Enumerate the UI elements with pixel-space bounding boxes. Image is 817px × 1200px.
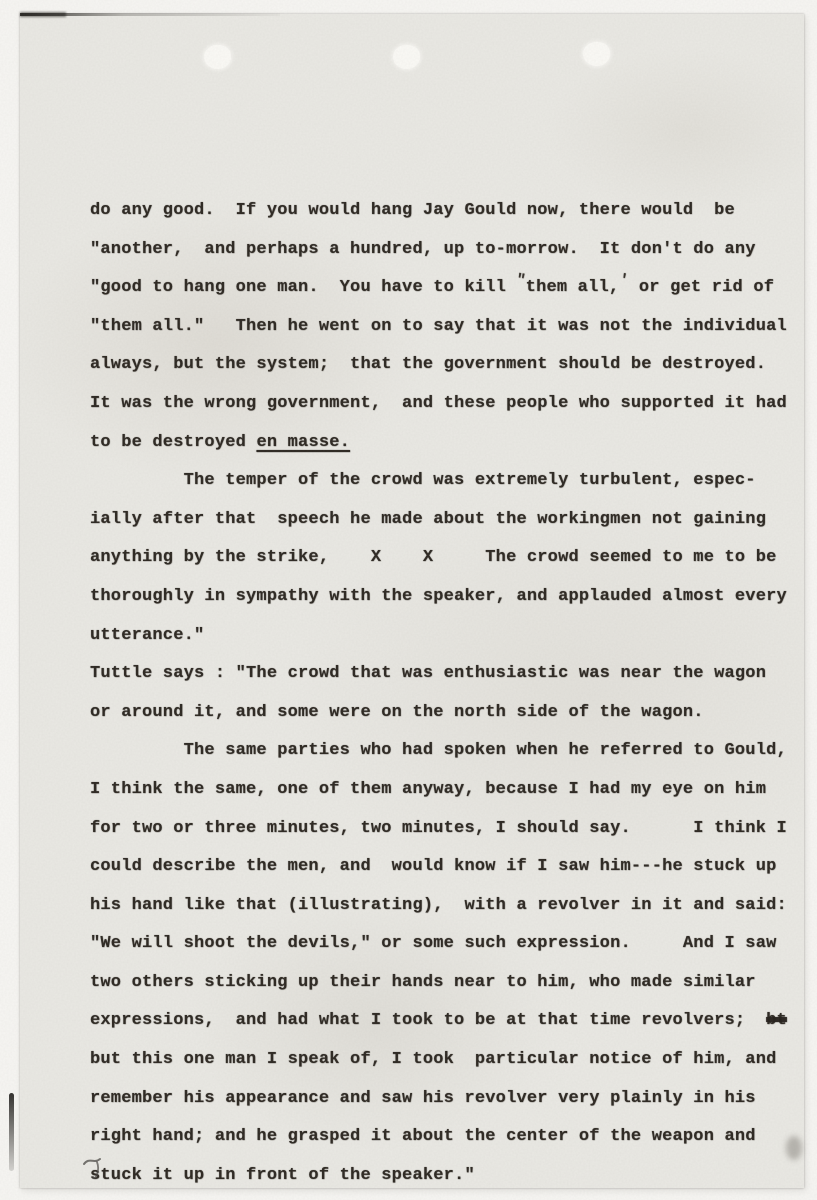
text-line: his hand like that (illustrating), with … xyxy=(90,887,787,926)
text-segment: or get rid of xyxy=(629,278,775,297)
text-segment: "another, and perhaps a hundred, up to-m… xyxy=(90,240,756,259)
bottom-right-smudge xyxy=(786,1136,802,1160)
text-line: The same parties who had spoken when he … xyxy=(90,732,787,771)
text-segment: for two or three minutes, two minutes, I… xyxy=(90,819,787,838)
text-line: or around it, and some were on the north… xyxy=(90,694,787,733)
pencil-mark xyxy=(80,1148,124,1192)
punch-hole xyxy=(583,42,610,66)
text-line: thoroughly in sympathy with the speaker,… xyxy=(90,578,787,617)
text-segment: right hand; and he grasped it about the … xyxy=(90,1127,756,1146)
text-segment: anything by the strike, X X The crowd se… xyxy=(90,548,777,567)
strike-text: bt xyxy=(766,1011,787,1030)
text-segment: two others sticking up their hands near … xyxy=(90,973,756,992)
text-segment: Tuttle says : "The crowd that was enthus… xyxy=(90,664,766,683)
text-line: "good to hang one man. You have to kill … xyxy=(90,269,787,308)
page: do any good. If you would hang Jay Gould… xyxy=(20,14,804,1188)
text-line: stuck it up in front of the speaker." xyxy=(90,1157,787,1196)
text-segment: stuck it up in front of the speaker." xyxy=(90,1166,475,1185)
text-segment: utterance." xyxy=(90,626,204,645)
text-segment: remember his appearance and saw his revo… xyxy=(90,1089,756,1108)
text-line: "We will shoot the devils," or some such… xyxy=(90,925,787,964)
text-segment: The temper of the crowd was extremely tu… xyxy=(90,471,756,490)
text-segment: do any good. If you would hang Jay Gould… xyxy=(90,201,735,220)
text-line: expressions, and had what I took to be a… xyxy=(90,1002,787,1041)
text-line: "another, and perhaps a hundred, up to-m… xyxy=(90,231,787,270)
text-line: "them all." Then he went on to say that … xyxy=(90,308,787,347)
text-segment: "We will shoot the devils," or some such… xyxy=(90,934,777,953)
text-line: for two or three minutes, two minutes, I… xyxy=(90,810,787,849)
text-line: It was the wrong government, and these p… xyxy=(90,385,787,424)
text-line: remember his appearance and saw his revo… xyxy=(90,1080,787,1119)
text-segment: expressions, and had what I took to be a… xyxy=(90,1011,766,1030)
text-line: two others sticking up their hands near … xyxy=(90,964,787,1003)
text-line: right hand; and he grasped it about the … xyxy=(90,1118,787,1157)
text-segment: but this one man I speak of, I took part… xyxy=(90,1050,777,1069)
text-line: The temper of the crowd was extremely tu… xyxy=(90,462,787,501)
text-segment: ially after that speech he made about th… xyxy=(90,510,766,529)
text-line: always, but the system; that the governm… xyxy=(90,346,787,385)
text-lines: do any good. If you would hang Jay Gould… xyxy=(90,192,787,1195)
text-line: could describe the men, and would know i… xyxy=(90,848,787,887)
text-segment: always, but the system; that the governm… xyxy=(90,355,766,374)
top-left-edge-smudge xyxy=(20,12,66,17)
text-line: I think the same, one of them anyway, be… xyxy=(90,771,787,810)
text-segment: The same parties who had spoken when he … xyxy=(90,741,787,760)
text-line: to be destroyed en masse. xyxy=(90,424,787,463)
text-line: ially after that speech he made about th… xyxy=(90,501,787,540)
punch-hole xyxy=(204,45,231,69)
underline-text: en masse. xyxy=(256,433,350,452)
text-line: utterance." xyxy=(90,617,787,656)
text-line: anything by the strike, X X The crowd se… xyxy=(90,539,787,578)
text-segment: could describe the men, and would know i… xyxy=(90,857,777,876)
text-line: Tuttle says : "The crowd that was enthus… xyxy=(90,655,787,694)
text-segment: them all, xyxy=(526,278,620,297)
text-segment: or around it, and some were on the north… xyxy=(90,703,704,722)
text-segment: I think the same, one of them anyway, be… xyxy=(90,780,766,799)
text-segment: "them all." Then he went on to say that … xyxy=(90,317,787,336)
text-segment: his hand like that (illustrating), with … xyxy=(90,896,787,915)
bottom-left-page-edge xyxy=(9,1093,14,1171)
text-segment: thoroughly in sympathy with the speaker,… xyxy=(90,587,787,606)
punch-hole xyxy=(393,45,420,69)
text-segment: "good to hang one man. You have to kill xyxy=(90,278,516,297)
text-segment: It was the wrong government, and these p… xyxy=(90,394,787,413)
text-segment: to be destroyed xyxy=(90,433,256,452)
text-line: do any good. If you would hang Jay Gould… xyxy=(90,192,787,231)
text-line: but this one man I speak of, I took part… xyxy=(90,1041,787,1080)
